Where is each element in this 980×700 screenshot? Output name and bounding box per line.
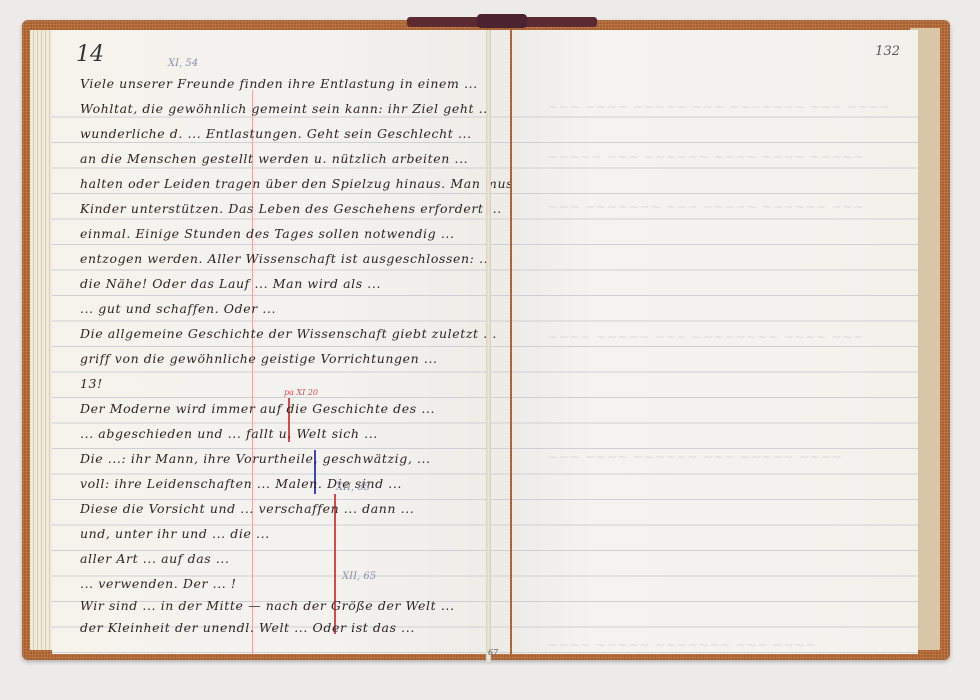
ruled-lines — [512, 92, 918, 654]
page-number-left: 14 — [76, 42, 104, 67]
left-page: 14 XI, 54 Viele unserer Freunde finden i… — [52, 30, 510, 654]
text-line: Die ...: ihr Mann, ihre Vorurtheile, ges… — [80, 451, 510, 469]
center-margin-line — [252, 90, 253, 654]
text-line: griff von die gewöhnliche geistige Vorri… — [80, 351, 510, 369]
text-line: Wohltat, die gewöhnlich gemeint sein kan… — [80, 101, 510, 119]
margin-annotation-gray: XII, 85 — [336, 482, 370, 493]
text-line: Der Moderne wird immer auf die Geschicht… — [80, 401, 510, 419]
text-line: entzogen werden. Aller Wissenschaft ist … — [80, 251, 510, 269]
text-line: ... gut und schaffen. Oder ... — [80, 301, 510, 319]
bleed-through-text: ~~~~ ~~~~~ ~~~ ~~~~~~~~ ~~~~ ~~~ — [548, 330, 908, 346]
spine-knot — [477, 14, 527, 28]
right-page: 132 ~~~ ~~~~ ~~~~~ ~~~ ~~~~~~~ ~~~ ~~~~ … — [512, 30, 918, 654]
text-line: Die allgemeine Geschichte der Wissenscha… — [80, 326, 510, 344]
bleed-through-text: ~~~ ~~~~ ~~~~~~ ~~~ ~~~~~ ~~~~ — [548, 450, 908, 466]
text-line: halten oder Leiden tragen über den Spiel… — [80, 176, 510, 194]
bleed-through-text: ~~~ ~~~~~~~ ~~~ ~~~~~ ~~~~~~ ~~~ — [548, 200, 908, 216]
bleed-through-text: ~~~ ~~~~ ~~~~~ ~~~ ~~~~~~~ ~~~ ~~~~ — [548, 100, 908, 116]
margin-annotation-top: XI, 54 — [168, 58, 198, 69]
text-line: Kinder unterstützen. Das Leben des Gesch… — [80, 201, 510, 219]
text-line: ... abgeschieden und ... fallt u. Welt s… — [80, 426, 510, 444]
text-line: ... verwenden. Der ... ! — [80, 576, 510, 594]
margin-annotation-red: pa XI 20 — [284, 388, 318, 397]
text-line: aller Art ... auf das ... — [80, 551, 510, 569]
text-line: einmal. Einige Stunden des Tages sollen … — [80, 226, 510, 244]
bleed-through-text: ~~~~ ~~~~~ ~~~~~~~ ~~~ ~~~~ — [548, 638, 908, 654]
folio-number: 67 — [488, 648, 498, 657]
text-line: Viele unserer Freunde finden ihre Entlas… — [80, 76, 510, 94]
text-line: die Nähe! Oder das Lauf ... Man wird als… — [80, 276, 510, 294]
text-line: und, unter ihr und ... die ... — [80, 526, 510, 544]
text-line: Diese die Vorsicht und ... verschaffen .… — [80, 501, 510, 519]
margin-annotation-gray-low: XII, 65 — [342, 571, 376, 582]
text-line: Wir sind ... in der Mitte — nach der Grö… — [80, 598, 510, 616]
text-line: der Kleinheit der unendl. Welt ... Oder … — [80, 620, 510, 638]
text-line: wunderliche d. ... Entlastungen. Geht se… — [80, 126, 510, 144]
book-gutter — [486, 30, 491, 662]
text-line: an die Menschen gestellt werden u. nützl… — [80, 151, 510, 169]
page-number-right: 132 — [875, 44, 900, 59]
bleed-through-text: ~~~~~ ~~~ ~~~~~~ ~~~~ ~~~~ ~~~~~ — [548, 150, 908, 166]
text-line: voll: ihre Leidenschaften ... Malen. Die… — [80, 476, 510, 494]
